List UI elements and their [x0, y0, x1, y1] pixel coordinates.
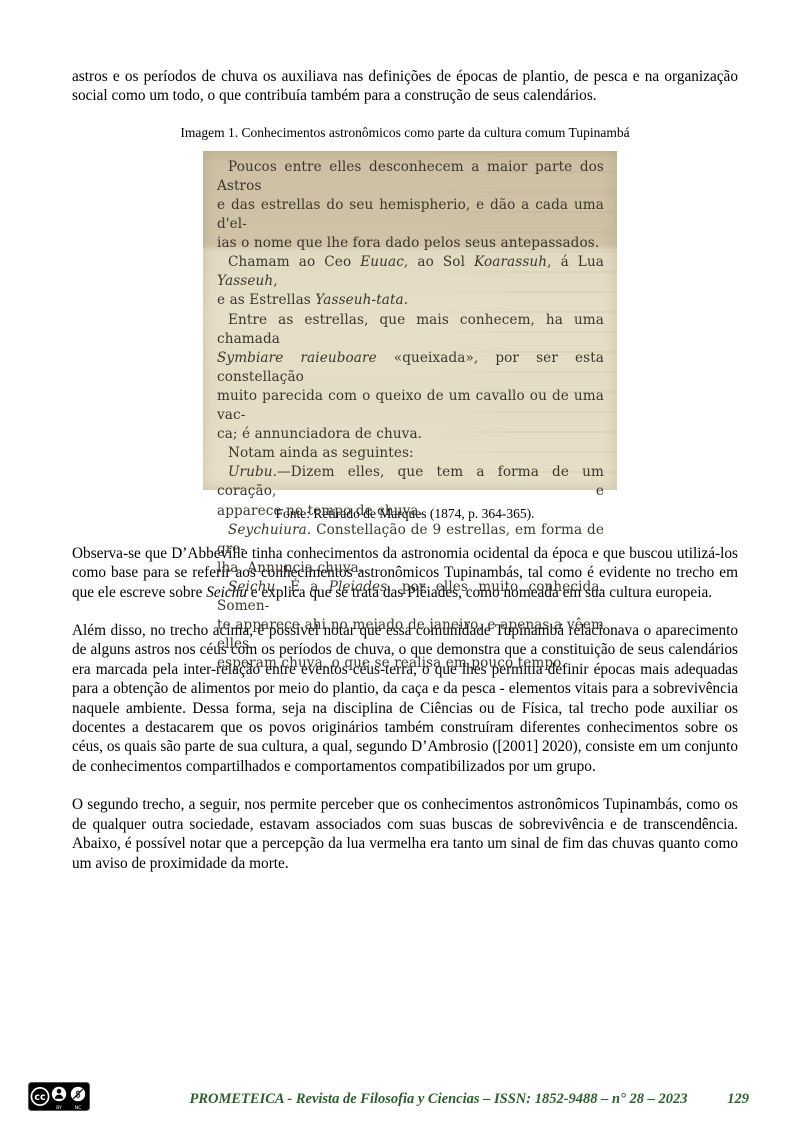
scan-line: Chamam ao Ceo Euuac, ao Sol Koarassuh, á… — [217, 253, 604, 291]
svg-text:NC: NC — [75, 1105, 82, 1111]
scanned-book-excerpt: Poucos entre elles desconhecem a maior p… — [203, 151, 617, 490]
scan-line: Notam ainda as seguintes: — [217, 444, 604, 463]
scan-line: e das estrellas do seu hemispherio, e dã… — [217, 196, 604, 234]
scan-line: ias o nome que lhe fora dado pelos seus … — [217, 234, 604, 253]
scan-line: lha. Annuncia chuva. — [217, 559, 604, 578]
scan-line: te apparece ahi no meiado de janeiro, e … — [217, 616, 604, 654]
scan-line: Urubu.—Dizem elles, que tem a forma de u… — [217, 463, 604, 501]
cc-license-badge[interactable]: cc BY $ NC — [28, 1082, 90, 1111]
scan-line: e as Estrellas Yasseuh-tata. — [217, 291, 604, 310]
document-page: astros e os períodos de chuva os auxilia… — [0, 0, 793, 1121]
page-content: astros e os períodos de chuva os auxilia… — [72, 0, 738, 873]
journal-title: PROMETEICA - Revista de Filosofia y Cien… — [189, 1091, 687, 1108]
paragraph: O segundo trecho, a seguir, nos permite … — [72, 795, 738, 873]
scan-line: Seichu. É a Pleiades, por elles muito co… — [217, 578, 604, 616]
page-number: 129 — [727, 1091, 749, 1108]
scan-line: Symbiare raieuboare «queixada», por ser … — [217, 349, 604, 387]
scan-line: esperam chuva, o que se realisa em pouco… — [217, 654, 604, 673]
svg-text:BY: BY — [56, 1105, 62, 1111]
svg-text:cc: cc — [34, 1092, 45, 1103]
scan-line: Poucos entre elles desconhecem a maior p… — [217, 158, 604, 196]
scan-line: apparece no tempo de chuva. — [217, 502, 604, 521]
figure-caption: Imagem 1. Conhecimentos astronômicos com… — [72, 125, 738, 141]
scan-line: ca; é annunciadora de chuva. — [217, 425, 604, 444]
cc-icon: cc — [31, 1088, 48, 1105]
scan-text: Poucos entre elles desconhecem a maior p… — [217, 158, 604, 674]
intro-paragraph: astros e os períodos de chuva os auxilia… — [72, 67, 738, 106]
scan-line: Seychuiura. Constellação de 9 estrellas,… — [217, 521, 604, 559]
scan-line: Entre as estrellas, que mais conhecem, h… — [217, 311, 604, 349]
scan-line: muito parecida com o queixo de um cavall… — [217, 387, 604, 425]
